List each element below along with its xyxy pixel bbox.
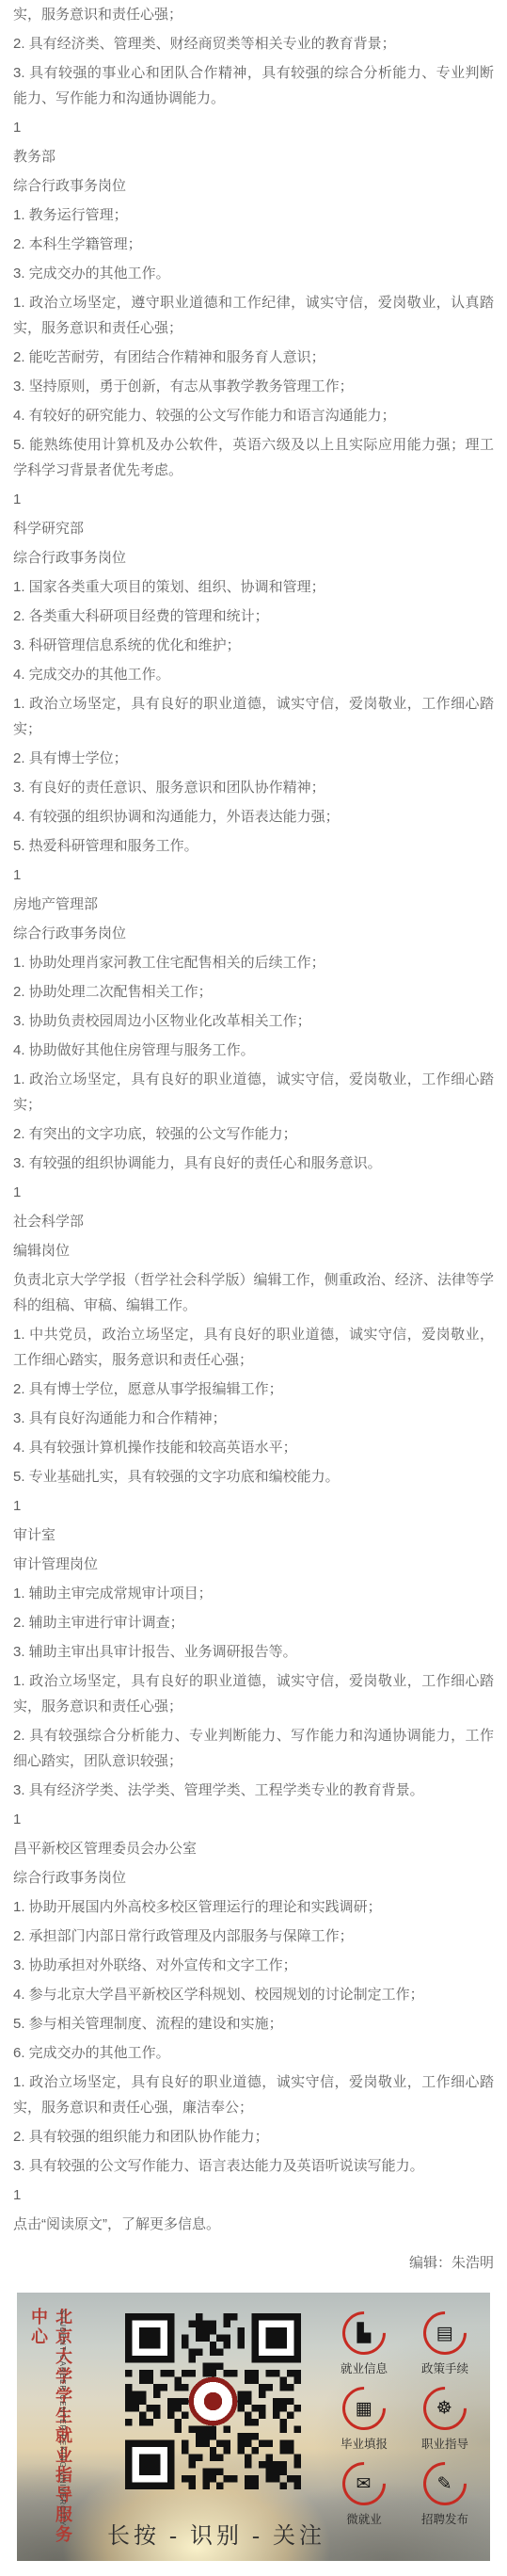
position-title: 编辑岗位 (13, 1238, 494, 1264)
recruit-pencil-icon: ✎ (414, 2453, 475, 2514)
section-marker: 1 (13, 1180, 494, 1205)
paragraph: 4. 参与北京大学昌平新校区学科规划、校园规划的讨论制定工作； (13, 1982, 494, 2007)
graduation-building-icon: ▦ (356, 2399, 372, 2417)
jobs-info-icon: ▙ (333, 2302, 394, 2363)
article-body: 实，服务意识和责任心强；2. 具有经济类、管理类、财经商贸类等相关专业的教育背景… (13, 2, 494, 2237)
editor-credit: 编辑：朱浩明 (13, 2250, 494, 2276)
paragraph: 1. 中共党员，政治立场坚定，具有良好的职业道德，诚实守信，爱岗敬业，工作细心踏… (13, 1322, 494, 1373)
banner-menu-label: 政策手续 (421, 2359, 468, 2376)
paragraph: 负责北京大学学报（哲学社会科学版）编辑工作，侧重政治、经济、法律等学科的组稿、审… (13, 1267, 494, 1318)
graduation-building-icon: ▦ (333, 2377, 394, 2439)
banner-menu-item: ▙就业信息 (328, 2311, 400, 2376)
banner-menu-label: 就业信息 (341, 2359, 388, 2376)
banner-menu-item: ▤政策手续 (409, 2311, 481, 2376)
paragraph: 2. 辅助主审进行审计调查； (13, 1610, 494, 1635)
paragraph: 2. 协助处理二次配售相关工作； (13, 979, 494, 1005)
position-title: 综合行政事务岗位 (13, 921, 494, 946)
paragraph: 4. 有较强的组织协调和沟通能力，外语表达能力强； (13, 804, 494, 829)
paragraph: 5. 专业基础扎实，具有较强的文字功底和编校能力。 (13, 1464, 494, 1489)
chat-bubble-icon: ✉ (356, 2474, 372, 2492)
department-name: 教务部 (13, 144, 494, 169)
chat-bubble-icon: ✉ (333, 2453, 394, 2514)
paragraph: 3. 具有较强的事业心和团队合作精神，具有较强的综合分析能力、专业判断能力、写作… (13, 60, 494, 111)
department-name: 科学研究部 (13, 516, 494, 541)
paragraph: 1. 辅助主审完成常规审计项目； (13, 1581, 494, 1606)
paragraph: 点击“阅读原文”，了解更多信息。 (13, 2212, 494, 2237)
paragraph: 4. 有较好的研究能力、较强的公文写作能力和语言沟通能力； (13, 403, 494, 428)
scan-follow-text: 长按 - 识别 - 关注 (103, 2517, 329, 2550)
paragraph: 5. 热爱科研管理和服务工作。 (13, 833, 494, 859)
paragraph: 2. 承担部门内部日常行政管理及内部服务与保障工作； (13, 1924, 494, 1949)
paragraph: 2. 具有经济类、管理类、财经商贸类等相关专业的教育背景； (13, 31, 494, 56)
banner-menu-label: 职业指导 (421, 2435, 468, 2452)
paragraph: 2. 各类重大科研项目经费的管理和统计； (13, 604, 494, 629)
section-marker: 1 (13, 487, 494, 512)
paragraph: 1. 教务运行管理； (13, 202, 494, 228)
department-name: 社会科学部 (13, 1209, 494, 1234)
paragraph: 3. 协助承担对外联络、对外宣传和文字工作； (13, 1953, 494, 1978)
paragraph: 6. 完成交办的其他工作。 (13, 2040, 494, 2066)
paragraph: 实，服务意识和责任心强； (13, 2, 494, 27)
paragraph: 2. 有突出的文字功底，较强的公文写作能力； (13, 1121, 494, 1147)
paragraph: 3. 具有良好沟通能力和合作精神； (13, 1406, 494, 1431)
paragraph: 4. 完成交办的其他工作。 (13, 662, 494, 687)
paragraph: 1. 政治立场坚定，具有良好的职业道德，诚实守信，爱岗敬业，工作细心踏实，服务意… (13, 1668, 494, 1719)
paragraph: 3. 辅助主审出具审计报告、业务调研报告等。 (13, 1639, 494, 1665)
footer-banner-image[interactable]: 北京大学学生就业指导服务中心 STUDENT CAREER CENTER,PEK… (17, 2293, 490, 2561)
paragraph: 3. 有较强的组织协调能力，具有良好的责任心和服务意识。 (13, 1151, 494, 1176)
paragraph: 2. 能吃苦耐劳，有团结合作精神和服务育人意识； (13, 345, 494, 370)
department-name: 房地产管理部 (13, 892, 494, 917)
policy-document-icon: ▤ (436, 2324, 453, 2342)
jobs-info-icon: ▙ (357, 2325, 372, 2343)
paragraph: 3. 坚持原则，勇于创新，有志从事教学教务管理工作； (13, 374, 494, 399)
paragraph: 4. 具有较强计算机操作技能和较高英语水平； (13, 1435, 494, 1460)
paragraph: 3. 有良好的责任意识、服务意识和团队协作精神； (13, 775, 494, 800)
paragraph: 3. 具有较强的公文写作能力、语言表达能力及英语听说读写能力。 (13, 2153, 494, 2179)
section-marker: 1 (13, 2182, 494, 2208)
department-name: 昌平新校区管理委员会办公室 (13, 1836, 494, 1861)
paragraph: 2. 具有博士学位，愿意从事学报编辑工作； (13, 1377, 494, 1402)
position-title: 综合行政事务岗位 (13, 1865, 494, 1891)
banner-menu-item: ☸职业指导 (409, 2387, 481, 2452)
article: 实，服务意识和责任心强；2. 具有经济类、管理类、财经商贸类等相关专业的教育背景… (0, 0, 507, 2276)
paragraph: 1. 政治立场坚定，遵守职业道德和工作纪律，诚实守信，爱岗敬业，认真踏实，服务意… (13, 290, 494, 341)
section-marker: 1 (13, 862, 494, 888)
org-name-cn: 北京大学学生就业指导服务中心 (26, 2308, 75, 2551)
position-title: 审计管理岗位 (13, 1552, 494, 1577)
paragraph: 3. 协助负责校园周边小区物业化改革相关工作； (13, 1008, 494, 1034)
paragraph: 2. 具有博士学位； (13, 746, 494, 771)
paragraph: 3. 完成交办的其他工作。 (13, 261, 494, 286)
banner-menu-item: ✎招聘发布 (409, 2462, 481, 2527)
banner-menu-item: ✉微就业 (328, 2462, 400, 2527)
paragraph: 1. 协助开展国内外高校多校区管理运行的理论和实践调研； (13, 1894, 494, 1920)
paragraph: 3. 科研管理信息系统的优化和维护； (13, 633, 494, 658)
paragraph: 2. 具有较强的组织能力和团队协作能力； (13, 2124, 494, 2149)
qr-code (125, 2313, 301, 2489)
org-name-en: STUDENT CAREER CENTER,PEKING UNIVERCITY (58, 2310, 67, 2547)
qr-code-graphic (125, 2313, 301, 2489)
recruit-pencil-icon: ✎ (437, 2474, 452, 2492)
paragraph: 2. 具有较强综合分析能力、专业判断能力、写作能力和沟通协调能力，工作细心踏实，… (13, 1723, 494, 1774)
paragraph: 5. 参与相关管理制度、流程的建设和实施； (13, 2011, 494, 2037)
banner-menu-label: 毕业填报 (341, 2435, 388, 2452)
paragraph: 2. 本科生学籍管理； (13, 232, 494, 257)
banner-menu-label: 招聘发布 (421, 2510, 468, 2527)
career-compass-icon: ☸ (436, 2399, 452, 2417)
banner-menu-grid: ▙就业信息▤政策手续▦毕业填报☸职业指导✉微就业✎招聘发布 (328, 2311, 481, 2527)
paragraph: 1. 协助处理肖家河教工住宅配售相关的后续工作； (13, 950, 494, 975)
section-marker: 1 (13, 1807, 494, 1832)
section-marker: 1 (13, 115, 494, 140)
career-compass-icon: ☸ (414, 2377, 475, 2439)
banner-menu-item: ▦毕业填报 (328, 2387, 400, 2452)
section-marker: 1 (13, 1493, 494, 1519)
paragraph: 3. 具有经济学类、法学类、管理学类、工程学类专业的教育背景。 (13, 1778, 494, 1803)
paragraph: 1. 政治立场坚定，具有良好的职业道德，诚实守信，爱岗敬业，工作细心踏实，服务意… (13, 2069, 494, 2120)
position-title: 综合行政事务岗位 (13, 545, 494, 571)
banner-menu-label: 微就业 (346, 2510, 382, 2527)
paragraph: 1. 政治立场坚定，具有良好的职业道德，诚实守信，爱岗敬业，工作细心踏实； (13, 691, 494, 742)
paragraph: 1. 国家各类重大项目的策划、组织、协调和管理； (13, 574, 494, 600)
paragraph: 4. 协助做好其他住房管理与服务工作。 (13, 1038, 494, 1063)
position-title: 综合行政事务岗位 (13, 173, 494, 199)
paragraph: 1. 政治立场坚定，具有良好的职业道德，诚实守信，爱岗敬业，工作细心踏实； (13, 1067, 494, 1118)
paragraph: 5. 能熟练使用计算机及办公软件，英语六级及以上且实际应用能力强；理工学科学习背… (13, 432, 494, 483)
policy-document-icon: ▤ (414, 2302, 475, 2363)
department-name: 审计室 (13, 1522, 494, 1548)
